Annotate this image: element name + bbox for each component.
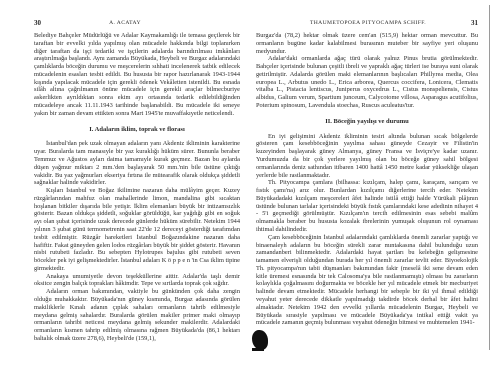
paragraph: Belediye Bahçeler Müdürlüğü ve Adalar Ka… <box>34 32 240 118</box>
section-heading: I. Adaların iklim, toprak ve florası <box>34 126 240 134</box>
text-column: Belediye Bahçeler Müdürlüğü ve Adalar Ka… <box>34 32 240 343</box>
running-header: A. ACATAY <box>0 20 250 26</box>
paragraph: Adalar'daki ormanlarda ağaç türü olarak … <box>256 55 478 109</box>
paragraph: İstanbul'dan pek uzak olmayan adaların y… <box>34 140 240 187</box>
text-column: Burgaz'da (78,2) hektar olmak üzere cem'… <box>256 32 478 327</box>
ink-blot <box>252 330 268 350</box>
left-page: 30 A. ACATAY Belediye Bahçeler Müdürlüğü… <box>0 0 250 367</box>
paragraph: Kışları İstanbul ve Boğaz ikilimine naza… <box>34 187 240 273</box>
paragraph: Adaların orman bakımından, vaktiyle bu g… <box>34 288 240 342</box>
paragraph: Çam kesebböceğinin İstanbul adalarındaki… <box>256 234 478 327</box>
running-header: THAUMETOPOEA PITYOCAMPA SCHIFF. <box>250 20 486 26</box>
paragraph: Burgaz'da (78,2) hektar olmak üzere cem'… <box>256 32 478 55</box>
paragraph: Anakaya umumiyetle devon teşekküllerine … <box>34 273 240 289</box>
section-heading: II. Böceğin yayılışı ve durumu <box>256 118 478 126</box>
paragraph: Th. Pityocampa çamlara (bilhassa: kızılç… <box>256 179 478 233</box>
ink-blot <box>252 348 264 351</box>
page-edge-line <box>489 5 490 350</box>
paragraph: En iyi gelişimini Akdeniz ikliminin tesi… <box>256 133 478 180</box>
page-number: 31 <box>471 19 478 27</box>
